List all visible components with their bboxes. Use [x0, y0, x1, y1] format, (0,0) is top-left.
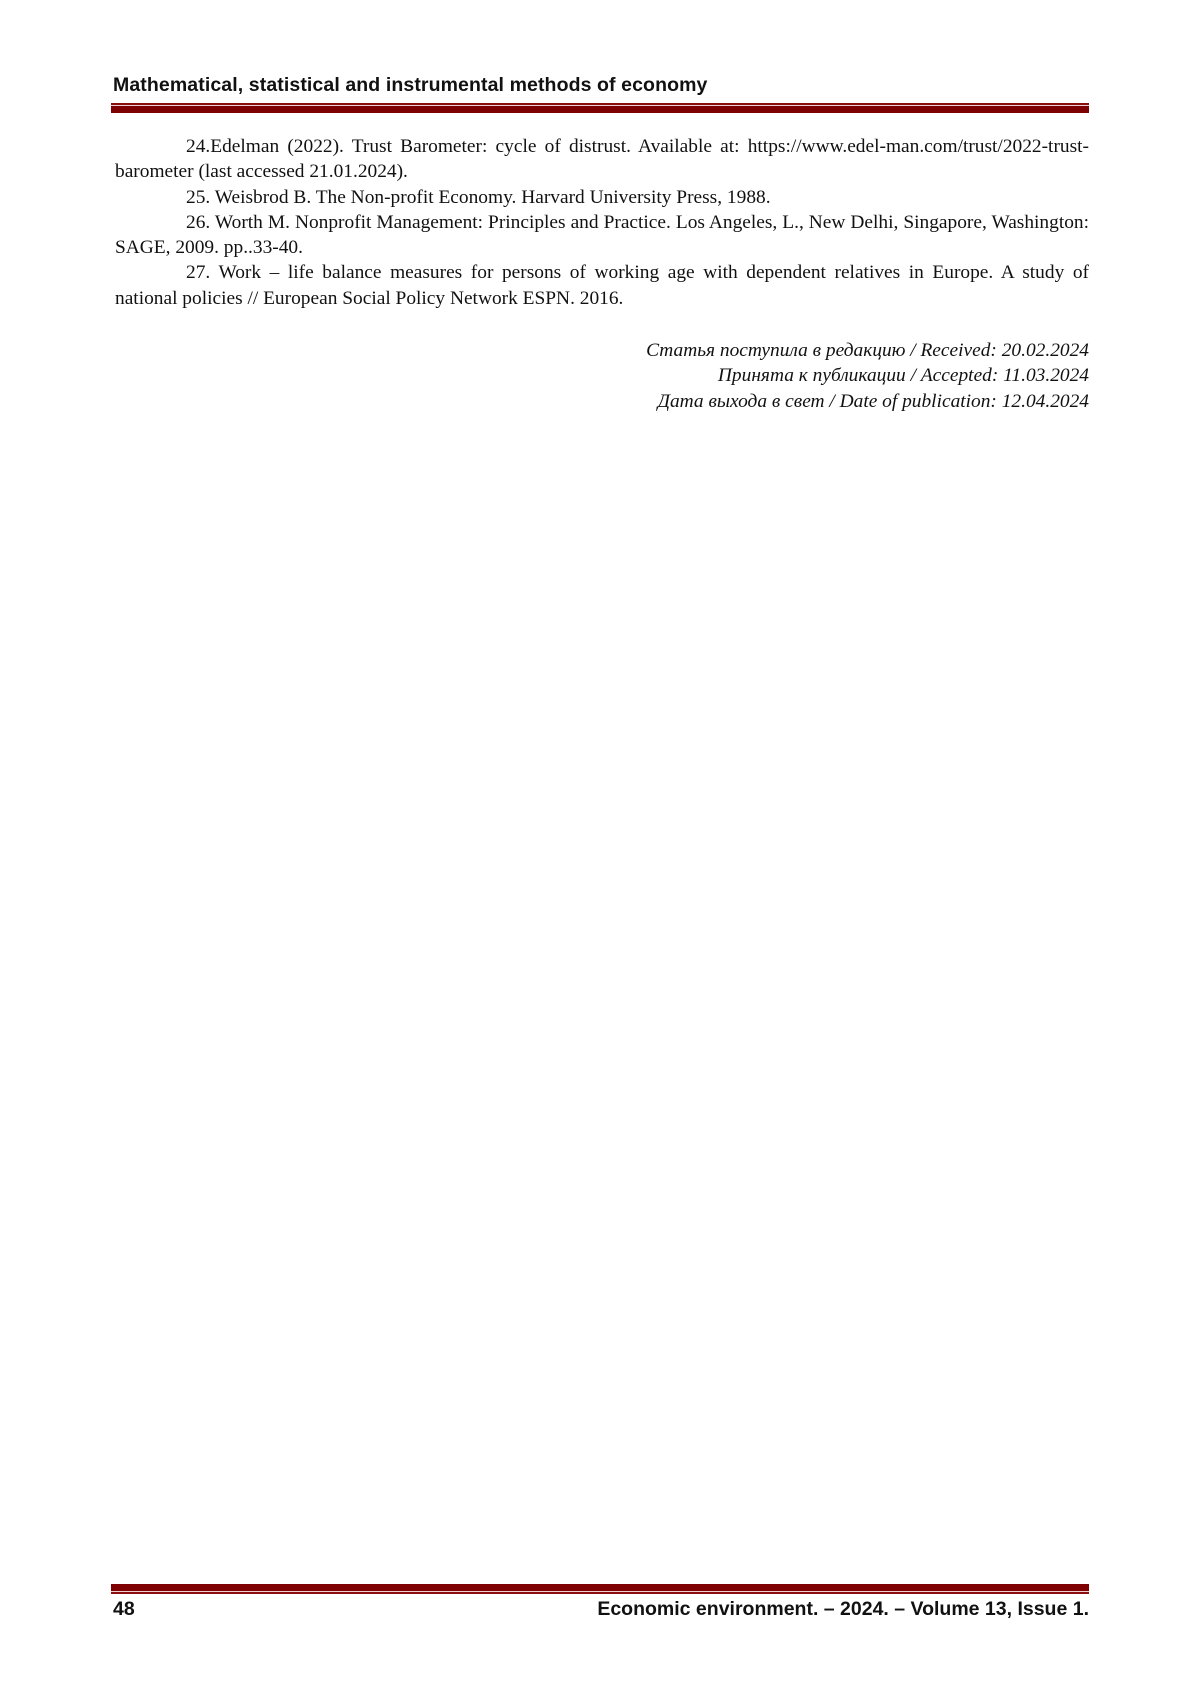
header-rule: [111, 103, 1089, 113]
page-footer: 48 Economic environment. – 2024. – Volum…: [113, 1598, 1089, 1621]
reference-list: 24.Edelman (2022). Trust Barometer: cycl…: [115, 134, 1089, 311]
received-date: Статья поступила в редакцию / Received: …: [646, 338, 1089, 363]
article-dates: Статья поступила в редакцию / Received: …: [646, 338, 1089, 414]
footer-rule: [111, 1584, 1089, 1594]
page-number: 48: [113, 1598, 135, 1621]
reference-item-25: 25. Weisbrod B. The Non-profit Economy. …: [115, 185, 1089, 210]
reference-item-27: 27. Work – life balance measures for per…: [115, 260, 1089, 311]
running-head-section-title: Mathematical, statistical and instrument…: [113, 74, 707, 97]
journal-info: Economic environment. – 2024. – Volume 1…: [597, 1598, 1089, 1621]
accepted-date: Принята к публикации / Accepted: 11.03.2…: [646, 363, 1089, 388]
reference-item-24: 24.Edelman (2022). Trust Barometer: cycl…: [115, 134, 1089, 185]
footer-rule-thick-line: [111, 1584, 1089, 1591]
header-rule-thick-line: [111, 106, 1089, 113]
footer-rule-thin-line: [111, 1592, 1089, 1594]
publication-date: Дата выхода в свет / Date of publication…: [646, 389, 1089, 414]
reference-item-26: 26. Worth M. Nonprofit Management: Princ…: [115, 210, 1089, 261]
